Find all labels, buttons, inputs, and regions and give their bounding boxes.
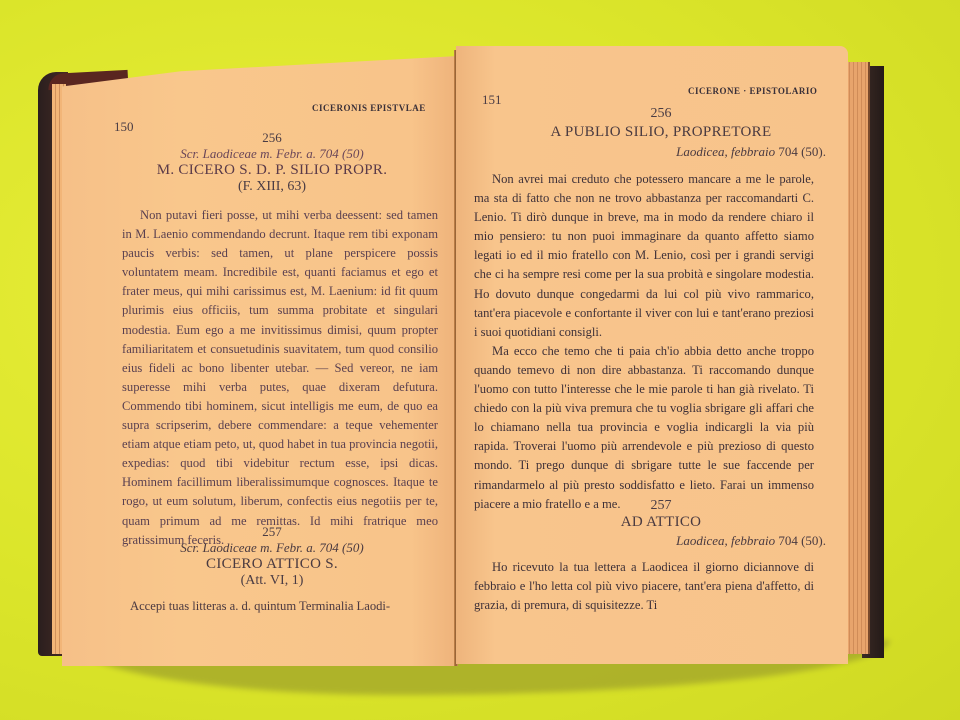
letter-number: 256: [102, 130, 442, 146]
paragraph: Ho ricevuto la tua lettera a Laodicea il…: [474, 558, 814, 615]
letter-dateline: Scr. Laodiceae m. Febr. a. 704 (50): [102, 146, 442, 162]
letter-heading: A PUBLIO SILIO, PROPRETORE: [496, 124, 826, 141]
letter-reference: (F. XIII, 63): [102, 179, 442, 195]
letter-heading: AD ATTICO: [496, 514, 826, 531]
letter-256-header: 256 A PUBLIO SILIO, PROPRETORE Laodicea,…: [496, 106, 826, 160]
letter-number: 257: [102, 524, 442, 540]
letter-number: 257: [496, 498, 826, 514]
dateline-place: Laodicea, febbraio: [676, 144, 775, 159]
running-head: CICERONIS EPISTVLAE: [312, 103, 426, 113]
letter-256-header: 256 Scr. Laodiceae m. Febr. a. 704 (50) …: [102, 130, 442, 195]
letter-dateline: Laodicea, febbraio 704 (50).: [496, 144, 826, 160]
paragraph: Ma ecco che temo che ti paia ch'io abbia…: [474, 342, 814, 514]
letter-256-latin-text: Non putavi fieri posse, ut mihi verba de…: [122, 206, 438, 550]
page-edges-right: [846, 62, 870, 654]
dateline-year: 704 (50).: [778, 144, 826, 159]
paragraph: Non avrei mai creduto che potessero manc…: [474, 170, 814, 342]
running-head: CICERONE · EPISTOLARIO: [688, 86, 817, 96]
paragraph: Accepi tuas litteras a. d. quintum Termi…: [130, 597, 446, 616]
letter-heading: M. CICERO S. D. P. SILIO PROPR.: [102, 162, 442, 179]
letter-257-italian-text: Ho ricevuto la tua lettera a Laodicea il…: [474, 558, 814, 615]
letter-256-italian-text: Non avrei mai creduto che potessero manc…: [474, 170, 814, 514]
letter-257-header: 257 Scr. Laodiceae m. Febr. a. 704 (50) …: [102, 524, 442, 589]
dateline-year: 704 (50).: [778, 533, 826, 548]
letter-257-latin-text: Accepi tuas litteras a. d. quintum Termi…: [130, 597, 446, 616]
letter-dateline: Laodicea, febbraio 704 (50).: [496, 533, 826, 549]
right-page: 151 CICERONE · EPISTOLARIO 256 A PUBLIO …: [456, 46, 848, 664]
left-page: 150 CICERONIS EPISTVLAE 256 Scr. Laodice…: [62, 56, 458, 666]
dateline-place: Laodicea, febbraio: [676, 533, 775, 548]
letter-number: 256: [496, 106, 826, 122]
letter-257-header: 257 AD ATTICO Laodicea, febbraio 704 (50…: [496, 498, 826, 549]
paragraph: Non putavi fieri posse, ut mihi verba de…: [122, 206, 438, 550]
letter-reference: (Att. VI, 1): [102, 573, 442, 589]
letter-heading: CICERO ATTICO S.: [102, 556, 442, 573]
letter-dateline: Scr. Laodiceae m. Febr. a. 704 (50): [102, 540, 442, 556]
